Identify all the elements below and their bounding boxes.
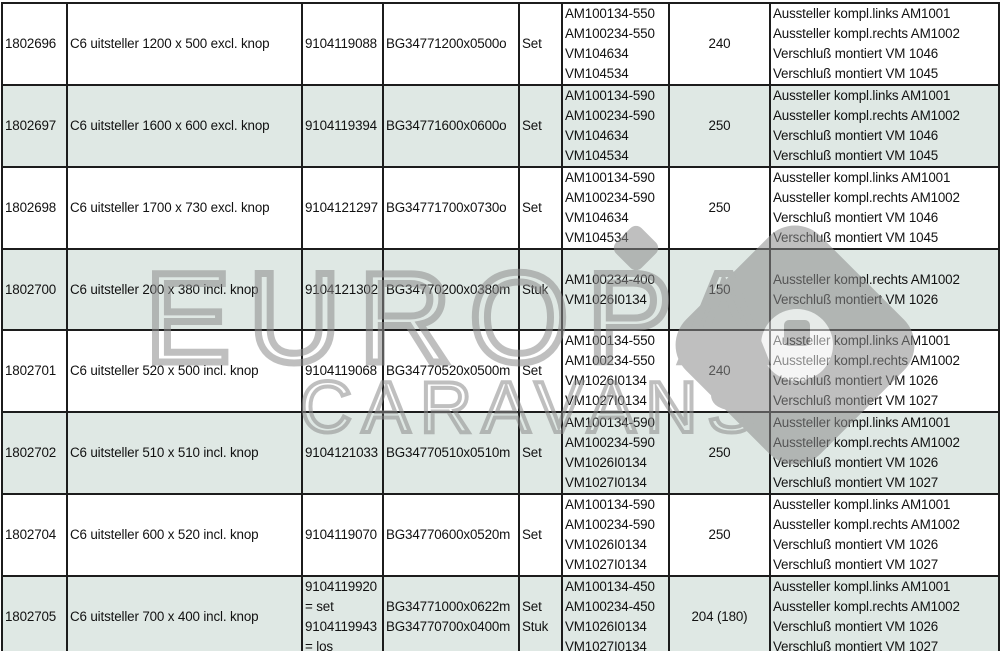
parts-cell: AM100134-550AM100234-550VM104634VM104534 [562,3,669,85]
parts-cell-line: VM1026I0134 [565,371,666,391]
parts-cell-line: VM1027I0134 [565,555,666,575]
article-number-cell: 1802697 [2,85,67,167]
code-cell: 9104119394 [302,85,383,167]
code-cell-line: 9104119943 [305,617,380,637]
parts-cell: AM100134-450AM100234-450VM1026I0134VM102… [562,576,669,651]
components-cell: Aussteller kompl.links AM1001Aussteller … [770,412,999,494]
components-cell-line: Verschluß montiert VM 1045 [773,228,996,248]
code-cell: 9104119068 [302,330,383,412]
components-cell-line: Aussteller kompl.rechts AM1002 [773,433,996,453]
parts-cell-line: VM1027I0134 [565,391,666,411]
unit-cell-line: Set [522,597,559,617]
bg-code-cell: BG34770510x0510m [383,412,519,494]
parts-cell-line: VM1026I0134 [565,535,666,555]
code-cell: 9104121033 [302,412,383,494]
description-cell: C6 uitsteller 700 x 400 incl. knop [67,576,302,651]
components-cell-line: Verschluß montiert VM 1027 [773,637,996,651]
components-cell-line: Aussteller kompl.rechts AM1002 [773,351,996,371]
parts-cell-line: AM100134-590 [565,168,666,188]
code-cell: 9104121297 [302,167,383,249]
parts-cell-line: VM104634 [565,126,666,146]
code-cell-line: 9104119088 [305,34,380,54]
components-cell-line: Verschluß montiert VM 1026 [773,290,996,310]
components-cell-line: Verschluß montiert VM 1027 [773,391,996,411]
parts-cell-line: AM100134-550 [565,331,666,351]
components-cell-line: Verschluß montiert VM 1026 [773,453,996,473]
components-cell-line: Verschluß montiert VM 1026 [773,617,996,637]
unit-cell: Set [519,412,562,494]
parts-cell-line: AM100234-590 [565,106,666,126]
article-number-cell: 1802698 [2,167,67,249]
components-cell-line: Aussteller kompl.links AM1001 [773,168,996,188]
components-cell-line: Aussteller kompl.rechts AM1002 [773,188,996,208]
components-cell-line: Aussteller kompl.rechts AM1002 [773,24,996,44]
parts-cell-line: VM104634 [565,208,666,228]
components-cell-line: Verschluß montiert VM 1026 [773,371,996,391]
code-cell-line: 9104121302 [305,280,380,300]
components-cell-line: Verschluß montiert VM 1046 [773,126,996,146]
description-cell: C6 uitsteller 510 x 510 incl. knop [67,412,302,494]
parts-cell-line: AM100234-400 [565,270,666,290]
description-cell: C6 uitsteller 600 x 520 incl. knop [67,494,302,576]
parts-cell-line: VM104634 [565,44,666,64]
parts-cell: AM100134-590AM100234-590VM1026I0134VM102… [562,412,669,494]
parts-cell-line: AM100134-590 [565,495,666,515]
parts-cell-line: AM100234-590 [565,515,666,535]
bg-code-cell-line: BG34770200x0380m [386,280,516,300]
unit-cell-line: Set [522,361,559,381]
parts-cell-line: AM100134-550 [565,4,666,24]
table-body: 1802696C6 uitsteller 1200 x 500 excl. kn… [2,3,999,651]
components-cell-line: Aussteller kompl.rechts AM1002 [773,597,996,617]
bg-code-cell: BG34770200x0380m [383,249,519,330]
code-cell-line: 9104121297 [305,198,380,218]
components-cell-line: Verschluß montiert VM 1046 [773,208,996,228]
parts-cell: AM100134-590AM100234-590VM104634VM104534 [562,167,669,249]
parts-cell-line: AM100234-550 [565,24,666,44]
components-cell-line: Verschluß montiert VM 1045 [773,146,996,166]
article-number-cell: 1802705 [2,576,67,651]
parts-cell: AM100134-550AM100234-550VM1026I0134VM102… [562,330,669,412]
code-cell: 9104119070 [302,494,383,576]
unit-cell: Set [519,167,562,249]
parts-cell-line: VM1027I0134 [565,473,666,493]
code-cell-line: 9104119394 [305,116,380,136]
description-cell: C6 uitsteller 200 x 380 incl. knop [67,249,302,330]
bg-code-cell-line: BG34771700x0730o [386,198,516,218]
table-row: 1802696C6 uitsteller 1200 x 500 excl. kn… [2,3,999,85]
parts-cell-line: VM1026I0134 [565,290,666,310]
parts-cell: AM100134-590AM100234-590VM1026I0134VM102… [562,494,669,576]
parts-cell-line: AM100134-590 [565,86,666,106]
price-cell: 250 [669,494,770,576]
article-number-cell: 1802702 [2,412,67,494]
bg-code-cell-line: BG34770700x0400m [386,617,516,637]
parts-cell-line: AM100234-550 [565,351,666,371]
price-cell: 240 [669,330,770,412]
bg-code-cell-line: BG34771600x0600o [386,116,516,136]
bg-code-cell-line: BG34770520x0500m [386,361,516,381]
code-cell-line: 9104119070 [305,525,380,545]
unit-cell: SetStuk [519,576,562,651]
price-cell: 250 [669,412,770,494]
parts-cell: AM100134-590AM100234-590VM104634VM104534 [562,85,669,167]
table-row: 1802702C6 uitsteller 510 x 510 incl. kno… [2,412,999,494]
unit-cell-line: Stuk [522,617,559,637]
unit-cell-line: Set [522,525,559,545]
unit-cell: Set [519,3,562,85]
parts-cell-line: VM1026I0134 [565,453,666,473]
code-cell-line: 9104121033 [305,443,380,463]
components-cell-line: Verschluß montiert VM 1027 [773,473,996,493]
unit-cell-line: Set [522,443,559,463]
article-number-cell: 1802700 [2,249,67,330]
components-cell-line: Verschluß montiert VM 1026 [773,535,996,555]
code-cell-line: 9104119920 [305,577,380,597]
parts-cell-line: AM100234-450 [565,597,666,617]
code-cell-line: 9104119068 [305,361,380,381]
bg-code-cell-line: BG34771000x0622m [386,597,516,617]
parts-cell-line: VM104534 [565,146,666,166]
components-cell-line: Verschluß montiert VM 1045 [773,64,996,84]
parts-cell-line: AM100234-590 [565,433,666,453]
parts-cell-line: VM104534 [565,228,666,248]
components-cell: Aussteller kompl.links AM1001Aussteller … [770,3,999,85]
article-number-cell: 1802701 [2,330,67,412]
components-cell: Aussteller kompl.rechts AM1002Verschluß … [770,249,999,330]
components-cell-line: Aussteller kompl.rechts AM1002 [773,270,996,290]
bg-code-cell: BG34771700x0730o [383,167,519,249]
description-cell: C6 uitsteller 1200 x 500 excl. knop [67,3,302,85]
price-cell: 240 [669,3,770,85]
article-number-cell: 1802704 [2,494,67,576]
code-cell: 9104121302 [302,249,383,330]
description-cell: C6 uitsteller 1700 x 730 excl. knop [67,167,302,249]
article-number-cell: 1802696 [2,3,67,85]
unit-cell-line: Set [522,34,559,54]
components-cell-line: Aussteller kompl.links AM1001 [773,495,996,515]
parts-table: 1802696C6 uitsteller 1200 x 500 excl. kn… [1,2,1000,651]
parts-cell-line: VM104534 [565,64,666,84]
parts-cell-line: AM100134-590 [565,413,666,433]
unit-cell: Set [519,330,562,412]
parts-cell-line: VM1027I0134 [565,637,666,651]
unit-cell-line: Stuk [522,280,559,300]
components-cell: Aussteller kompl.links AM1001Aussteller … [770,85,999,167]
components-cell-line: Aussteller kompl.links AM1001 [773,413,996,433]
bg-code-cell: BG34771200x0500o [383,3,519,85]
parts-cell-line: VM1026I0134 [565,617,666,637]
unit-cell: Set [519,85,562,167]
code-cell-line: = set [305,597,380,617]
components-cell-line: Aussteller kompl.links AM1001 [773,331,996,351]
components-cell: Aussteller kompl.links AM1001Aussteller … [770,167,999,249]
bg-code-cell: BG34770600x0520m [383,494,519,576]
code-cell-line: = los [305,637,380,651]
bg-code-cell-line: BG34770600x0520m [386,525,516,545]
parts-cell-line: AM100134-450 [565,577,666,597]
bg-code-cell-line: BG34770510x0510m [386,443,516,463]
components-cell-line: Aussteller kompl.links AM1001 [773,4,996,24]
bg-code-cell: BG34771600x0600o [383,85,519,167]
description-cell: C6 uitsteller 520 x 500 incl. knop [67,330,302,412]
components-cell-line: Aussteller kompl.links AM1001 [773,577,996,597]
parts-cell-line: AM100234-590 [565,188,666,208]
unit-cell: Stuk [519,249,562,330]
table-row: 1802698C6 uitsteller 1700 x 730 excl. kn… [2,167,999,249]
price-cell: 250 [669,167,770,249]
unit-cell: Set [519,494,562,576]
price-cell: 250 [669,85,770,167]
unit-cell-line: Set [522,116,559,136]
table-row: 1802700C6 uitsteller 200 x 380 incl. kno… [2,249,999,330]
components-cell-line: Aussteller kompl.rechts AM1002 [773,106,996,126]
table-row: 1802704C6 uitsteller 600 x 520 incl. kno… [2,494,999,576]
components-cell-line: Verschluß montiert VM 1046 [773,44,996,64]
price-cell: 150 [669,249,770,330]
components-cell: Aussteller kompl.links AM1001Aussteller … [770,494,999,576]
components-cell-line: Aussteller kompl.rechts AM1002 [773,515,996,535]
parts-cell: AM100234-400VM1026I0134 [562,249,669,330]
components-cell-line: Aussteller kompl.links AM1001 [773,86,996,106]
unit-cell-line: Set [522,198,559,218]
bg-code-cell-line: BG34771200x0500o [386,34,516,54]
bg-code-cell: BG34770520x0500m [383,330,519,412]
price-cell: 204 (180) [669,576,770,651]
description-cell: C6 uitsteller 1600 x 600 excl. knop [67,85,302,167]
components-cell: Aussteller kompl.links AM1001Aussteller … [770,330,999,412]
table-row: 1802701C6 uitsteller 520 x 500 incl. kno… [2,330,999,412]
table-row: 1802705C6 uitsteller 700 x 400 incl. kno… [2,576,999,651]
code-cell: 9104119920= set9104119943= los [302,576,383,651]
code-cell: 9104119088 [302,3,383,85]
components-cell-line: Verschluß montiert VM 1027 [773,555,996,575]
components-cell: Aussteller kompl.links AM1001Aussteller … [770,576,999,651]
table-row: 1802697C6 uitsteller 1600 x 600 excl. kn… [2,85,999,167]
bg-code-cell: BG34771000x0622mBG34770700x0400m [383,576,519,651]
